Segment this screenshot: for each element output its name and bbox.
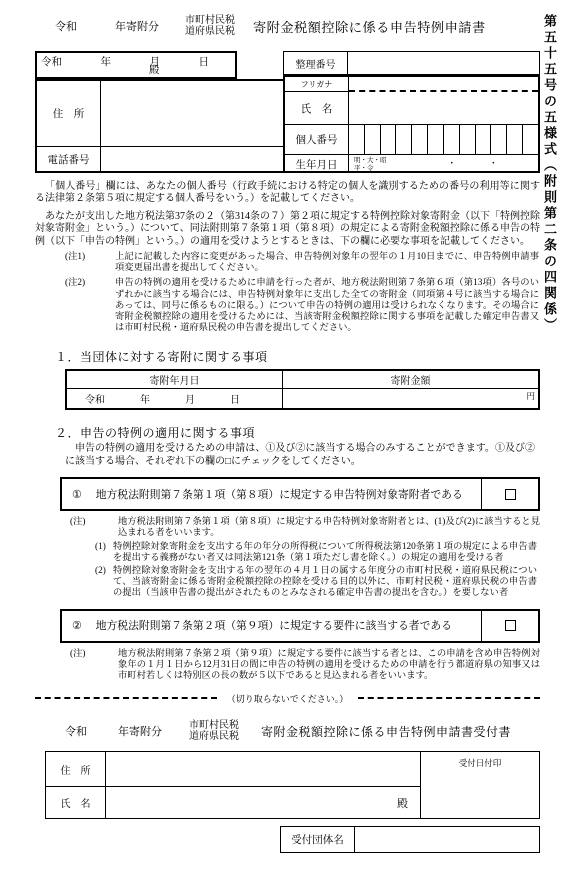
receipt-tax-line-1: 市町村民税 xyxy=(189,720,239,731)
section2-intro: 申告の特例の適用を受けるための申請は、①及び②に該当する場合のみすることができま… xyxy=(65,443,535,468)
privacy-note-paragraph: 「個人番号」欄には、あなたの個人番号（行政手続における特定の個人を識別するための… xyxy=(35,181,540,206)
receipt-header: 令和 年寄附分 市町村民税 道府県民税 寄附金税額控除に係る申告特例申請書受付書 xyxy=(35,716,540,746)
item1-sub1: (1) 特例控除対象寄附金を支出する年の年分の所得税について所得税法第120条第… xyxy=(95,542,540,564)
donation-date-month: 月 xyxy=(185,391,195,406)
address-input[interactable] xyxy=(101,81,283,147)
item1-check-cell[interactable] xyxy=(481,479,538,509)
note-2-text: 申告の特例の適用を受けるために申請を行った者が、地方税法附則第７条第６項（第13… xyxy=(115,278,539,334)
mynumber-cell[interactable] xyxy=(380,125,396,154)
phone-label: 電話番号 xyxy=(37,147,101,171)
donation-table: 寄附年月日 寄附金額 令和 年 月 日 円 xyxy=(65,369,540,410)
receipt-name-label: 氏 名 xyxy=(46,787,106,818)
cut-line: （切り取らないでください。） xyxy=(35,692,540,704)
birth-era-bottom: 平・令 xyxy=(354,165,374,172)
mynumber-cell[interactable] xyxy=(443,125,459,154)
note-1-text: 上記に記載した内容に変更があった場合、申告特例対象年の翌年の１月10日までに、申… xyxy=(115,252,539,274)
mynumber-cell[interactable] xyxy=(459,125,475,154)
furigana-input[interactable] xyxy=(349,77,538,92)
item1-text: 地方税法附則第７条第１項（第８項）に規定する申告特例対象寄附者である xyxy=(96,487,463,502)
item1-note-text: 地方税法附則第７条第１項（第８項）に規定する申告特例対象寄附者とは、(1)及び(… xyxy=(118,517,540,539)
item1-note-label: (注) xyxy=(70,517,118,539)
receipt-era-label: 令和 xyxy=(65,723,87,739)
note-2: (注2) 申告の特例の適用を受けるために申請を行った者が、地方税法附則第７条第６… xyxy=(65,278,540,334)
receipt-stamp-label: 受付日付印 xyxy=(459,758,502,768)
birth-era-options: 明・大・昭 平・令 xyxy=(349,155,538,173)
receiving-org-input[interactable] xyxy=(355,827,539,852)
item1-number: ① xyxy=(72,488,82,501)
receiving-org-box: 受付団体名 xyxy=(280,826,540,853)
section1-heading: １．当団体に対する寄附に関する事項 xyxy=(55,348,540,365)
item2-note: (注) 地方税法附則第７条第２項（第９項）に規定する要件に該当する者とは、この申… xyxy=(70,649,540,683)
receipt-dono-label: 殿 xyxy=(397,795,408,811)
item1-sub2-label: (2) xyxy=(95,566,113,600)
mynumber-cell[interactable] xyxy=(506,125,522,154)
mynumber-cell[interactable] xyxy=(490,125,506,154)
donation-date-day: 日 xyxy=(230,391,240,406)
phone-input[interactable] xyxy=(101,147,283,171)
birthdate-input[interactable]: 明・大・昭 平・令 ・ ・ xyxy=(349,155,538,173)
yen-unit-label: 円 xyxy=(526,390,535,402)
mynumber-cell[interactable] xyxy=(364,125,380,154)
donation-date-header: 寄附年月日 xyxy=(67,371,283,388)
form-code-vertical: 第五十五号の五様式（附則第二条の四関係） xyxy=(539,14,559,334)
mynumber-input[interactable] xyxy=(349,125,538,155)
mynumber-cell[interactable] xyxy=(475,125,491,154)
note-2-label: (注2) xyxy=(65,278,115,334)
address-label: 住 所 xyxy=(37,81,101,147)
applicant-section: 令和 年 月 日 殿 住 所 電話番号 整理番号 xyxy=(35,51,540,173)
name-input[interactable] xyxy=(349,92,538,125)
tax-line-2: 道府県民税 xyxy=(185,26,235,37)
birth-dot-1: ・ xyxy=(447,156,456,169)
address-phone-table: 住 所 電話番号 xyxy=(35,79,283,173)
cut-dash-left xyxy=(35,697,217,699)
form-page: 第五十五号の五様式（附則第二条の四関係） 令和 年寄附分 市町村民税 道府県民税… xyxy=(0,0,575,872)
item1-sub1-label: (1) xyxy=(95,542,113,564)
item1-note: (注) 地方税法附則第７条第１項（第８項）に規定する申告特例対象寄附者とは、(1… xyxy=(70,517,540,539)
receipt-year-suffix: 年寄附分 xyxy=(118,723,162,739)
item2-check-cell[interactable] xyxy=(481,611,538,641)
donation-amount-input[interactable]: 円 xyxy=(283,389,538,408)
mynumber-cell[interactable] xyxy=(395,125,411,154)
receipt-address-label: 住 所 xyxy=(46,752,106,787)
cut-line-text: （切り取らないでください。） xyxy=(227,692,349,705)
name-table: フリガナ 氏 名 個人番号 xyxy=(283,75,540,173)
submission-date-box[interactable]: 令和 年 月 日 殿 xyxy=(35,51,237,79)
form-title: 寄附金税額控除に係る申告特例申請書 xyxy=(253,17,486,36)
donation-date-year: 年 xyxy=(140,391,150,406)
item1-box: ① 地方税法附則第７条第１項（第８項）に規定する申告特例対象寄附者である xyxy=(60,477,540,511)
item1-checkbox[interactable] xyxy=(505,489,516,500)
receipt-tax-labels: 市町村民税 道府県民税 xyxy=(189,720,239,742)
submission-date-line: 令和 年 月 日 xyxy=(41,54,209,69)
note-1-label: (注1) xyxy=(65,252,115,274)
donation-amount-header: 寄附金額 xyxy=(283,371,538,388)
item2-box: ② 地方税法附則第７条第２項（第９項）に規定する要件に該当する者である xyxy=(60,609,540,643)
header-tax-labels: 市町村民税 道府県民税 xyxy=(185,15,235,37)
date-era-label: 令和 xyxy=(41,54,62,69)
receiving-org-label: 受付団体名 xyxy=(281,827,355,852)
item2-checkbox[interactable] xyxy=(505,620,516,631)
birthdate-label: 生年月日 xyxy=(285,155,349,173)
receipt-stamp-box: 受付日付印 xyxy=(420,751,540,819)
furigana-label: フリガナ xyxy=(285,77,349,92)
mynumber-cell[interactable] xyxy=(411,125,427,154)
mynumber-cell[interactable] xyxy=(522,125,538,154)
reference-number-box: 整理番号 xyxy=(283,51,540,75)
receipt-tax-line-2: 道府県民税 xyxy=(189,731,239,742)
item1-sub2: (2) 特例控除対象寄附金を支出する年の翌年の４月１日の属する年度分の市町村民税… xyxy=(95,566,540,600)
birth-dot-2: ・ xyxy=(489,156,498,169)
tax-line-1: 市町村民税 xyxy=(185,15,235,26)
item2-note-label: (注) xyxy=(70,649,118,683)
item2-text: 地方税法附則第７条第２項（第９項）に規定する要件に該当する者である xyxy=(96,618,452,633)
header-year-suffix: 年寄附分 xyxy=(115,18,159,34)
dono-label: 殿 xyxy=(149,62,160,77)
cut-dash-right xyxy=(358,697,540,699)
receipt-address-input[interactable] xyxy=(106,752,420,787)
reference-number-input[interactable] xyxy=(348,52,539,74)
intro-paragraph: あなたが支出した地方税法第37条の２（第314条の７）第２項に規定する特例控除対… xyxy=(35,211,540,248)
item1-sub1-text: 特例控除対象寄附金を支出する年の年分の所得税について所得税法第120条第１項の規… xyxy=(113,542,537,564)
mynumber-cell[interactable] xyxy=(427,125,443,154)
donation-date-input[interactable]: 令和 年 月 日 xyxy=(67,389,283,408)
item2-note-text: 地方税法附則第７条第２項（第９項）に規定する要件に該当する者とは、この申請を含め… xyxy=(118,649,540,683)
reference-number-label: 整理番号 xyxy=(284,52,348,74)
date-day-label: 日 xyxy=(199,54,210,69)
item2-number: ② xyxy=(72,619,82,632)
item1-sub2-text: 特例控除対象寄附金を支出する年の翌年の４月１日の属する年度分の市町村民税・道府県… xyxy=(113,566,537,600)
header-era-label: 令和 xyxy=(55,18,77,34)
receipt-name-input[interactable]: 殿 xyxy=(106,787,420,818)
mynumber-label: 個人番号 xyxy=(285,125,349,155)
receipt-title: 寄附金税額控除に係る申告特例申請書受付書 xyxy=(261,723,511,740)
name-label: 氏 名 xyxy=(285,92,349,125)
receipt-table: 住 所 氏 名 殿 受付日付印 xyxy=(45,751,540,819)
note-1: (注1) 上記に記載した内容に変更があった場合、申告特例対象年の翌年の１月10日… xyxy=(65,252,540,274)
section2-heading: ２．申告の特例の適用に関する事項 xyxy=(55,424,540,441)
mynumber-cell[interactable] xyxy=(349,125,364,154)
date-year-label: 年 xyxy=(101,54,112,69)
donation-date-era: 令和 xyxy=(85,391,105,406)
form-header: 令和 年寄附分 市町村民税 道府県民税 寄附金税額控除に係る申告特例申請書 xyxy=(35,10,540,42)
birth-era-top: 明・大・昭 xyxy=(354,157,387,164)
